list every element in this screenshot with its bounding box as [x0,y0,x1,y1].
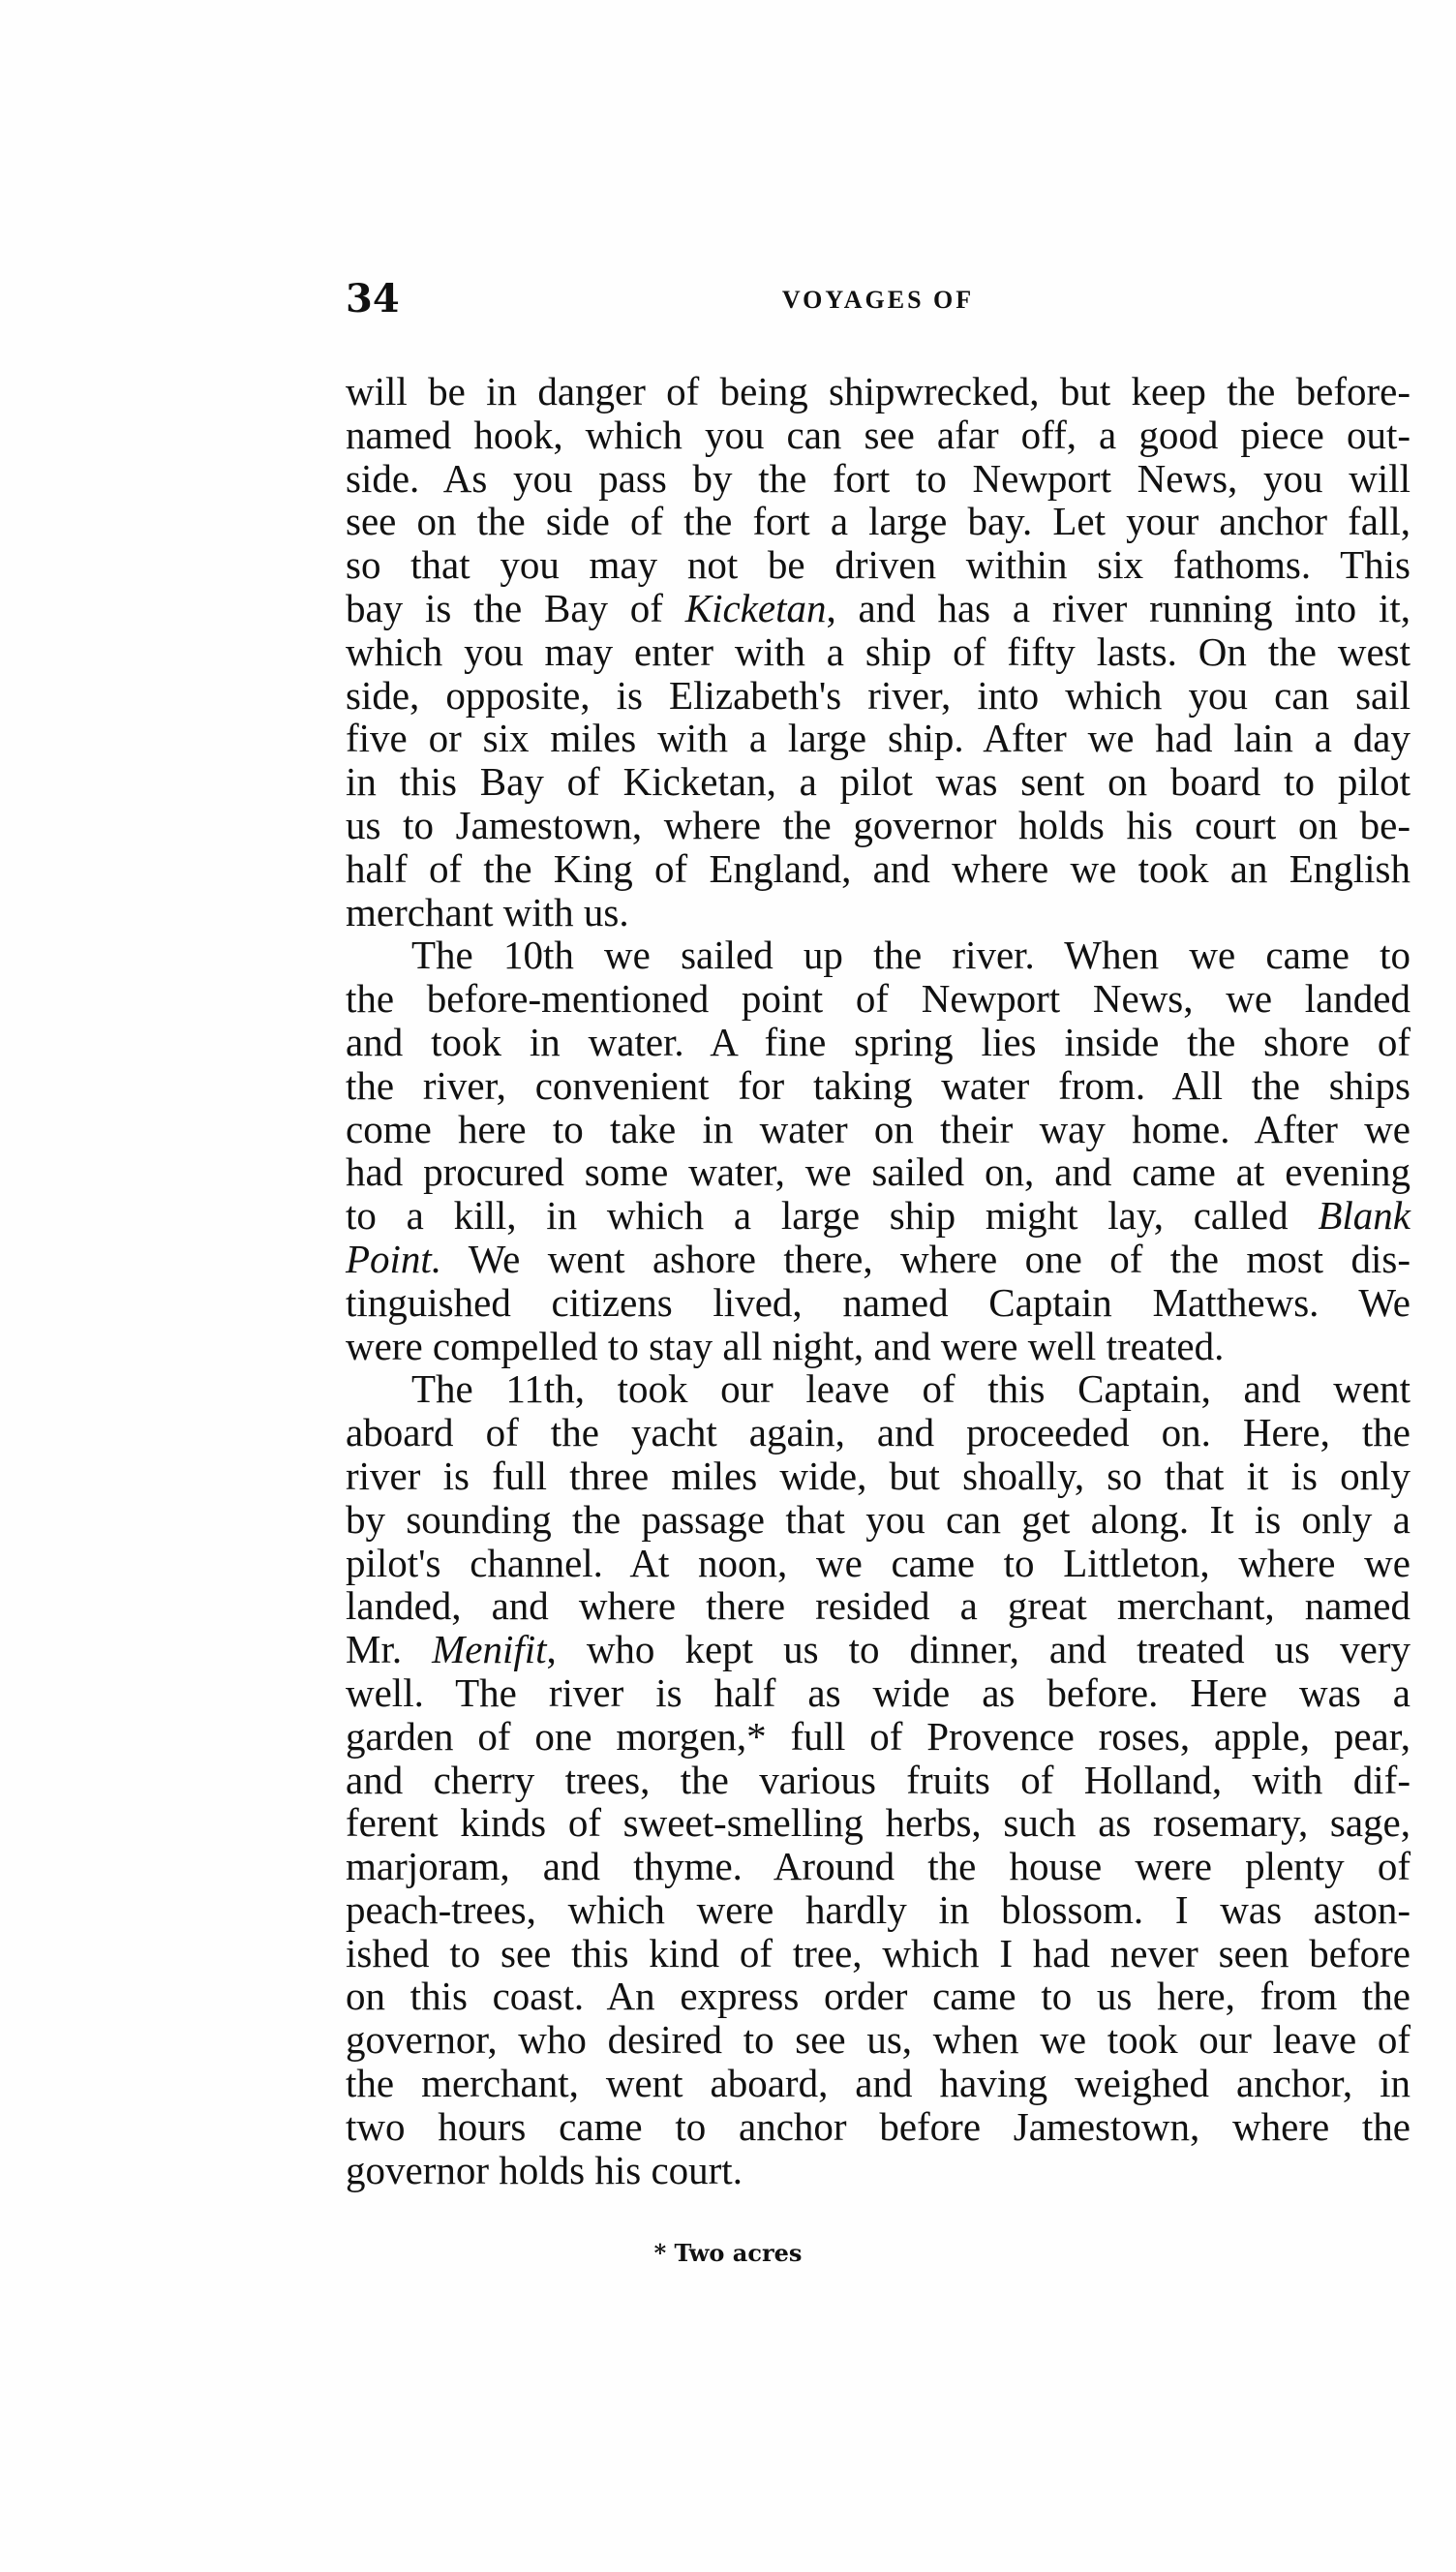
text-line: governor, who desired to see us, when we… [346,2018,1410,2062]
book-page: 34 VOYAGES OF will be in danger of being… [0,0,1456,2572]
text-line: landed, and where there resided a great … [346,1584,1410,1628]
text-line: well. The river is half as wide as befor… [346,1671,1410,1715]
text-line: Point. We went ashore there, where one o… [346,1238,1410,1281]
text-line: aboard of the yacht again, and proceeded… [346,1411,1410,1454]
text-line: half of the King of England, and where w… [346,847,1410,891]
text-line: The 10th we sailed up the river. When we… [346,934,1410,977]
text-line: and cherry trees, the various fruits of … [346,1759,1410,1802]
text-line: peach-trees, which were hardly in blosso… [346,1888,1410,1932]
italic-term: Menifit [432,1627,546,1671]
text-line: in this Bay of Kicketan, a pilot was sen… [346,760,1410,804]
text-line: were compelled to stay all night, and we… [346,1325,1410,1368]
text-line: us to Jamestown, where the governor hold… [346,804,1410,847]
text-line: side. As you pass by the fort to Newport… [346,457,1410,501]
running-head-title: VOYAGES OF [346,281,1410,320]
text-line: marjoram, and thyme. Around the house we… [346,1845,1410,1888]
text-line: by sounding the passage that you can get… [346,1498,1410,1542]
text-line: tinguished citizens lived, named Captain… [346,1281,1410,1325]
body-text: will be in danger of being shipwrecked, … [346,370,1410,2191]
text-line: two hours came to anchor before Jamestow… [346,2105,1410,2149]
text-line: the river, convenient for taking water f… [346,1064,1410,1108]
text-line: the before-mentioned point of Newport Ne… [346,977,1410,1021]
text-line: on this coast. An express order came to … [346,1975,1410,2018]
text-line: river is full three miles wide, but shoa… [346,1454,1410,1498]
running-head: 34 VOYAGES OF [346,277,1410,321]
italic-term: Point. [346,1237,441,1281]
text-line: so that you may not be driven within six… [346,543,1410,587]
text-line: ferent kinds of sweet-smelling herbs, su… [346,1801,1410,1845]
text-line: merchant with us. [346,891,1410,934]
text-line: side, opposite, is Elizabeth's river, in… [346,674,1410,718]
text-line: Mr. Menifit, who kept us to dinner, and … [346,1628,1410,1671]
text-line: and took in water. A fine spring lies in… [346,1021,1410,1064]
text-line: pilot's channel. At noon, we came to Lit… [346,1542,1410,1585]
text-line: see on the side of the fort a large bay.… [346,500,1410,543]
text-line: come here to take in water on their way … [346,1108,1410,1151]
footnote: * Two acres [0,2239,1456,2267]
italic-term: Kicketan [685,586,827,630]
text-line: which you may enter with a ship of fifty… [346,630,1410,674]
italic-term: Blank [1318,1193,1410,1238]
text-line: The 11th, took our leave of this Captain… [346,1367,1410,1411]
text-line: to a kill, in which a large ship might l… [346,1194,1410,1238]
text-line: named hook, which you can see afar off, … [346,413,1410,457]
text-line: had procured some water, we sailed on, a… [346,1150,1410,1194]
text-line: the merchant, went aboard, and having we… [346,2062,1410,2105]
text-line: ished to see this kind of tree, which I … [346,1932,1410,1975]
text-line: governor holds his court. [346,2149,1410,2192]
text-line: will be in danger of being shipwrecked, … [346,370,1410,413]
text-line: bay is the Bay of Kicketan, and has a ri… [346,587,1410,630]
text-line: garden of one morgen,* full of Provence … [346,1715,1410,1759]
text-line: five or six miles with a large ship. Aft… [346,717,1410,760]
